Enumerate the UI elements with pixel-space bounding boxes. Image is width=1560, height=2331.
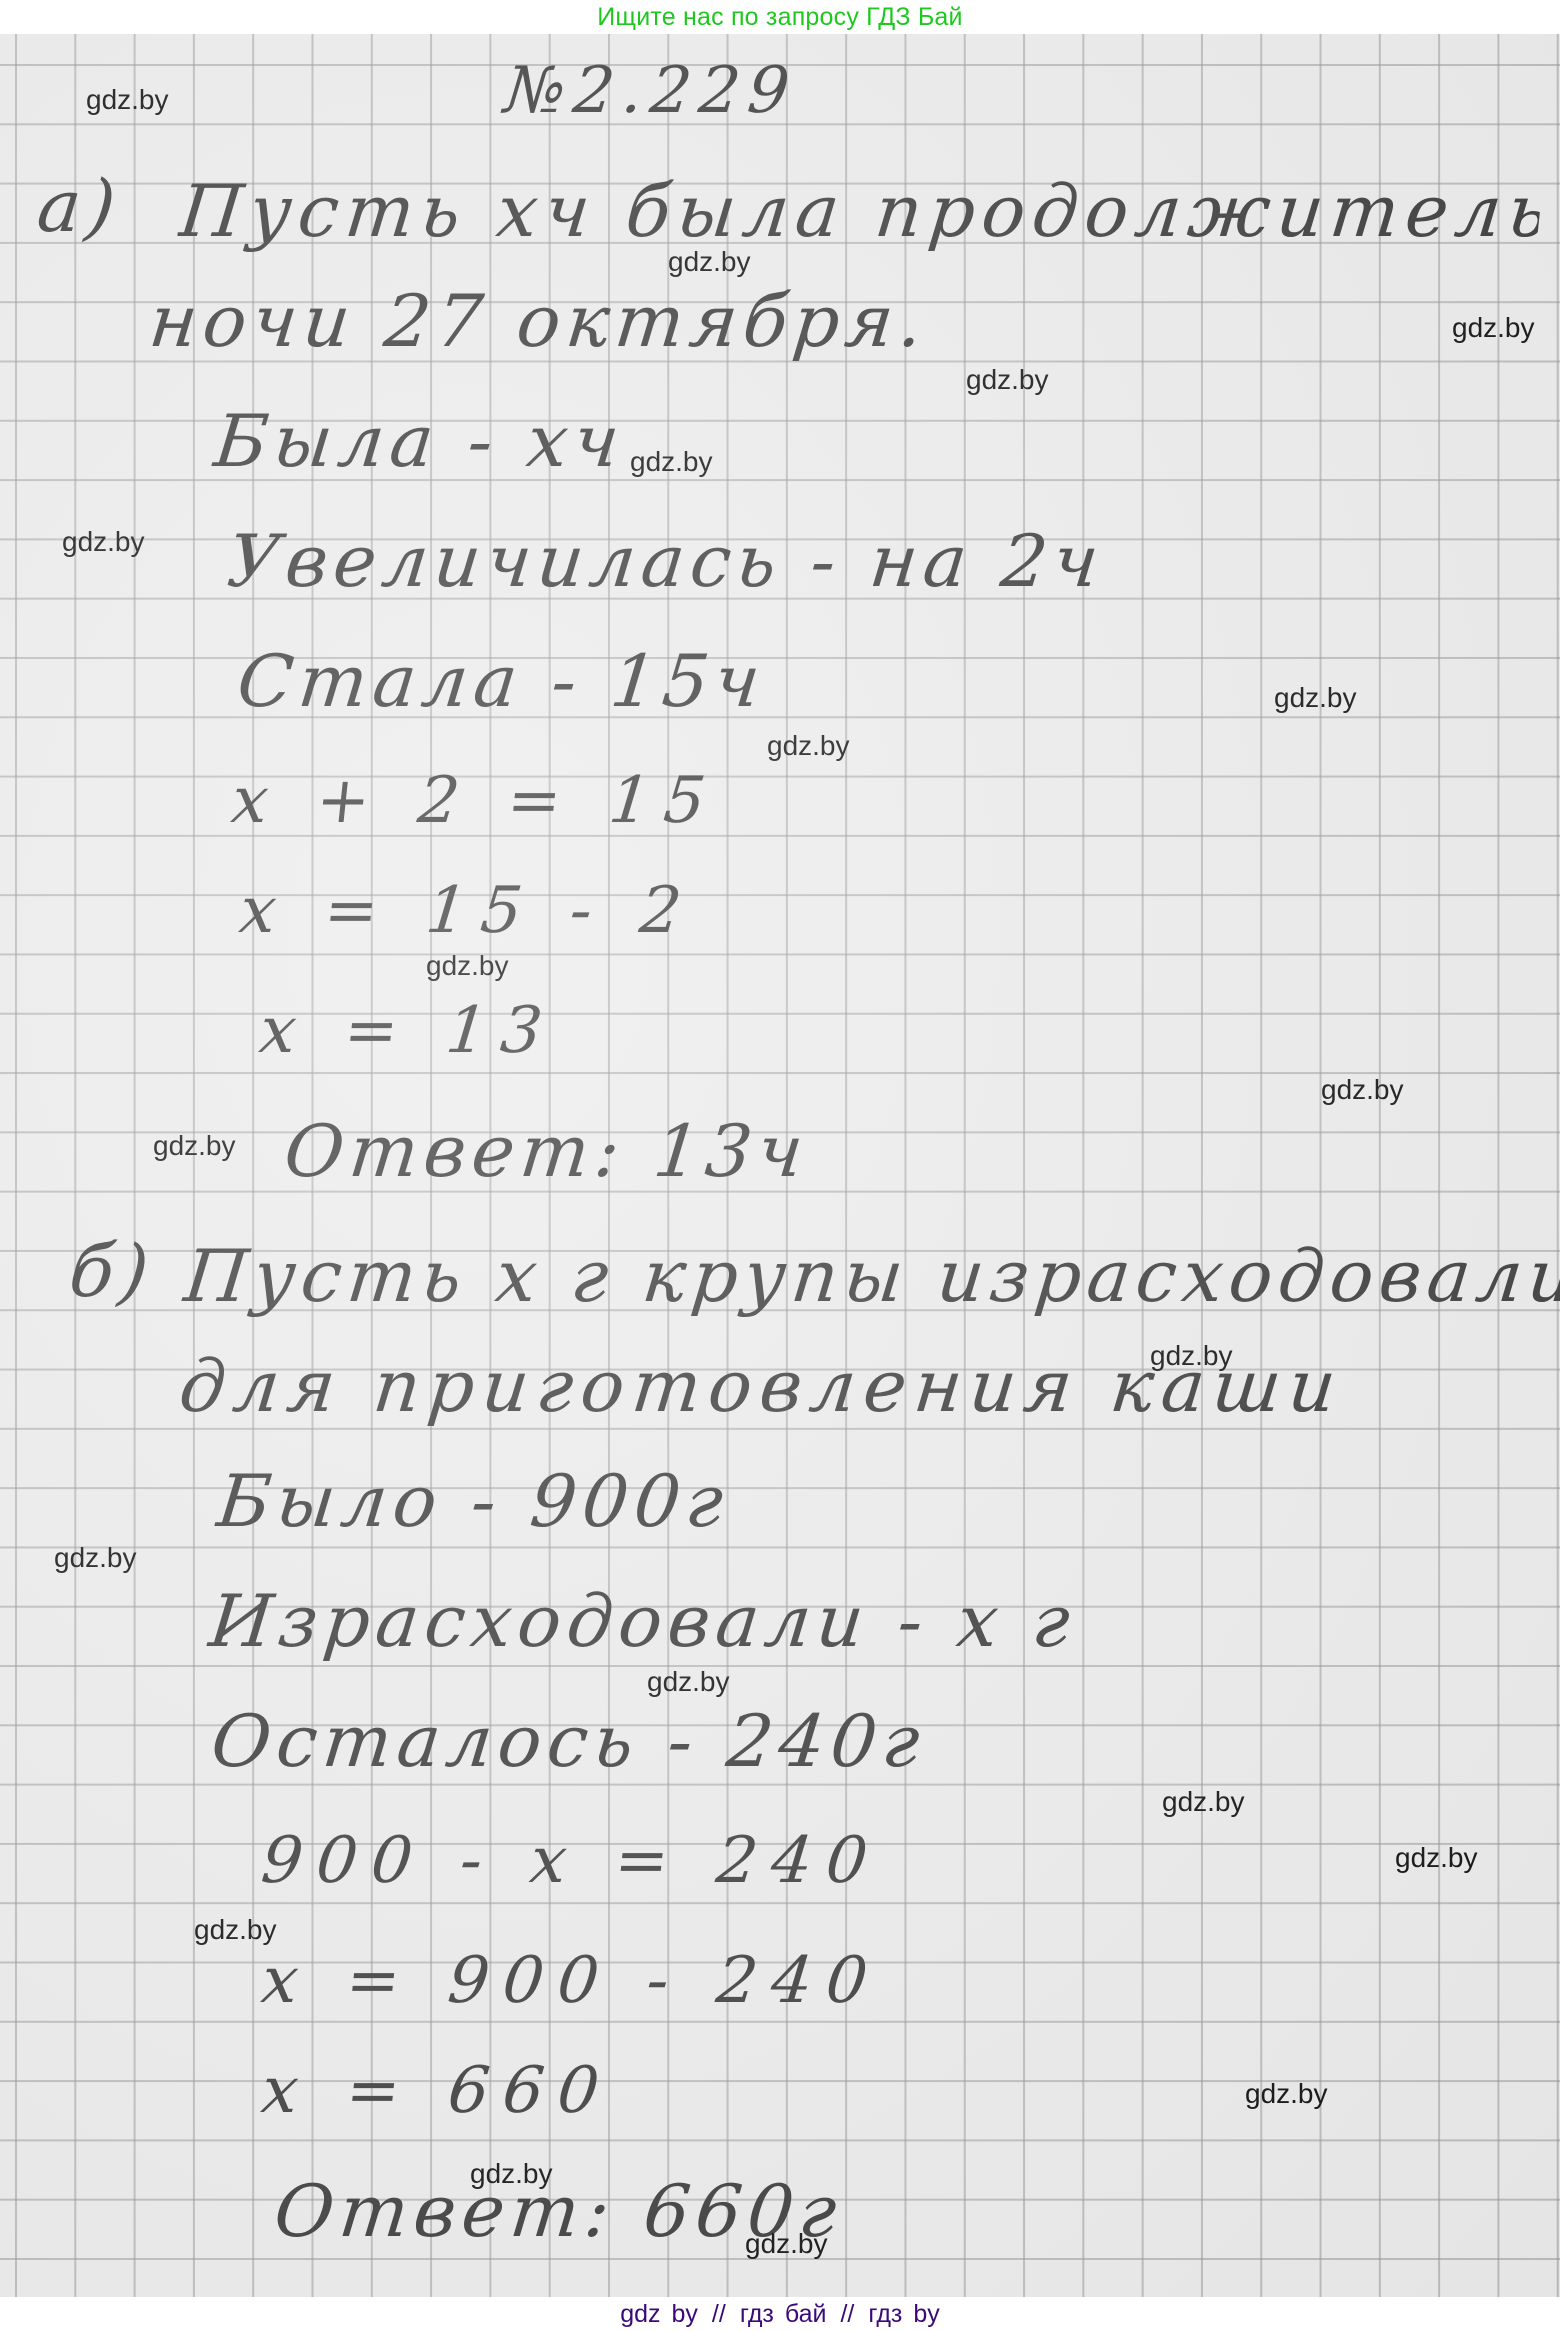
watermark: gdz.by	[1245, 2078, 1328, 2110]
part-b-equation2: x = 900 - 240	[258, 1944, 885, 2018]
part-b-intro-line1: Пусть x г крупы израсходовали	[181, 1234, 1560, 1318]
part-a-increased: Увеличилась - на 2ч	[224, 519, 1109, 603]
footer: gdz by // гдз бай // гдз by	[0, 2297, 1560, 2331]
watermark: gdz.by	[54, 1542, 137, 1574]
watermark: gdz.by	[647, 1666, 730, 1698]
watermark: gdz.by	[194, 1914, 277, 1946]
watermark: gdz.by	[668, 246, 751, 278]
part-b-was: Было - 900г	[214, 1459, 733, 1543]
part-a-label: а)	[34, 164, 126, 248]
watermark: gdz.by	[1150, 1340, 1233, 1372]
part-a-equation2: x = 15 - 2	[236, 874, 699, 948]
part-b-spent: Израсходовали - x г	[206, 1579, 1080, 1663]
part-a-was: Была - xч	[211, 399, 630, 483]
watermark: gdz.by	[1162, 1786, 1245, 1818]
part-b-equation1: 900 - x = 240	[258, 1824, 885, 1898]
part-a-intro-line2: ночи 27 октября.	[146, 279, 933, 363]
part-b-left: Осталось - 240г	[208, 1699, 930, 1783]
watermark: gdz.by	[630, 446, 713, 478]
search-banner-link[interactable]: Ищите нас по запросу ГДЗ Бай	[597, 3, 962, 32]
footer-link-gdz-bai[interactable]: гдз бай	[740, 2300, 827, 2329]
footer-link-gdz-by[interactable]: gdz by	[620, 2300, 698, 2329]
top-banner: Ищите нас по запросу ГДЗ Бай	[0, 0, 1560, 34]
part-b-label: б)	[66, 1229, 159, 1313]
footer-separator: //	[712, 2300, 726, 2329]
notebook-page-image: №2.229 а) Пусть xч была продолжительност…	[0, 34, 1560, 2297]
part-a-answer: Ответ: 13ч	[281, 1109, 813, 1193]
footer-link-gdz-by-cyr[interactable]: гдз by	[868, 2300, 939, 2329]
part-a-intro-line1: Пусть xч была продолжительность	[176, 169, 1545, 253]
watermark: gdz.by	[745, 2228, 828, 2260]
watermark: gdz.by	[426, 950, 509, 982]
part-a-became: Стала - 15ч	[234, 639, 770, 723]
watermark: gdz.by	[1274, 682, 1357, 714]
watermark: gdz.by	[470, 2158, 553, 2190]
part-a-equation1: x + 2 = 15	[228, 764, 723, 838]
watermark: gdz.by	[1321, 1074, 1404, 1106]
part-a-equation3: x = 13	[256, 994, 560, 1068]
watermark: gdz.by	[86, 84, 169, 116]
task-number: №2.229	[501, 54, 801, 128]
footer-separator: //	[840, 2300, 854, 2329]
watermark: gdz.by	[1395, 1842, 1478, 1874]
watermark: gdz.by	[767, 730, 850, 762]
watermark: gdz.by	[1452, 312, 1535, 344]
watermark: gdz.by	[966, 364, 1049, 396]
watermark: gdz.by	[62, 526, 145, 558]
part-b-equation3: x = 660	[258, 2054, 616, 2128]
watermark: gdz.by	[153, 1130, 236, 1162]
